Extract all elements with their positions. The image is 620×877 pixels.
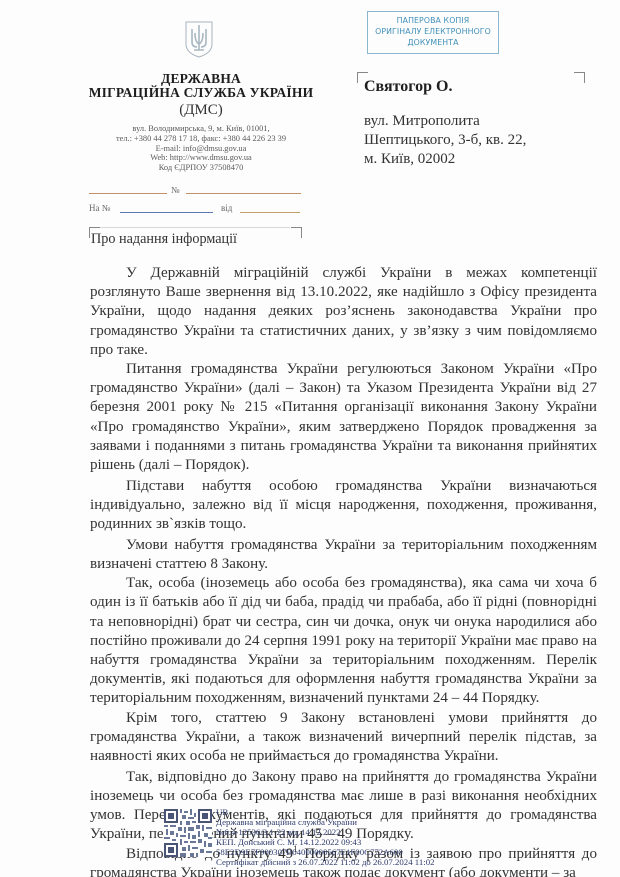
org-address: вул. Володимирська, 9, м. Київ, 01001, (70, 124, 332, 134)
paragraph-5: Так, особа (іноземець або особа без гром… (90, 574, 597, 708)
esign-organization: Державна міграційна служба України (216, 817, 435, 827)
subject-top-rule (100, 227, 290, 228)
qr-code-icon (164, 809, 212, 857)
esign-signer: КЕП. Донський С. М. 14.12.2022 09:43 (216, 837, 435, 847)
paper-copy-stamp: ПАПЕРОВА КОПІЯ ОРИГІНАЛУ ЕЛЕКТРОННОГО ДО… (367, 11, 499, 54)
org-edrpou-code: Код ЄДРПОУ 37508470 (70, 163, 332, 173)
paragraph-2: Питання громадянства України регулюються… (90, 360, 597, 475)
addressee-name: Святогор О. (364, 78, 453, 96)
paragraph-6: Крім того, статтею 9 Закону встановлені … (90, 709, 597, 767)
addressee-corner-right (574, 72, 585, 83)
reply-from-date-line (240, 212, 300, 213)
org-email: E-mail: info@dmsu.gov.ua (70, 144, 332, 154)
addressee-street: вул. Митрополита (364, 112, 526, 131)
esign-certificate-serial: 58E2D9E7F900307B04000000567E1F00C772A600 (216, 847, 435, 857)
coat-of-arms-icon (184, 20, 214, 58)
paragraph-3: Підстави набуття особою громадянства Укр… (90, 477, 597, 535)
org-name-line2: МІГРАЦІЙНА СЛУЖБА УКРАЇНИ (70, 86, 332, 100)
addressee-city: м. Київ, 02002 (364, 150, 526, 169)
org-phone: тел.: +380 44 278 17 18, факс: +380 44 2… (70, 134, 332, 144)
organization-contacts: вул. Володимирська, 9, м. Київ, 01001, т… (70, 124, 332, 173)
outgoing-number-line (186, 193, 301, 194)
reply-to-number-line (120, 212, 213, 213)
addressee-building: Шептицького, 3-б, кв. 22, (364, 131, 526, 150)
letter-subject: Про надання інформації (91, 231, 237, 248)
reply-to-label: На № (89, 203, 110, 213)
electronic-signature-info: UB Державна міграційна служба України №6… (216, 807, 435, 867)
organization-abbreviation: (ДМС) (70, 102, 332, 118)
esign-label: UB (216, 807, 435, 817)
paragraph-4: Умови набуття громадянства України за те… (90, 536, 597, 574)
stamp-line3: ДОКУМЕНТА (368, 37, 498, 48)
outgoing-date-line (89, 193, 167, 194)
reply-from-label: від (221, 203, 232, 213)
addressee-address: вул. Митрополита Шептицького, 3-б, кв. 2… (364, 112, 526, 169)
organization-name: ДЕРЖАВНА МІГРАЦІЙНА СЛУЖБА УКРАЇНИ (70, 72, 332, 100)
paragraph-1: У Державній міграційній службі України в… (90, 264, 597, 360)
subject-corner-right (291, 227, 302, 238)
stamp-line2: ОРИГІНАЛУ ЕЛЕКТРОННОГО (368, 26, 498, 37)
esign-certificate-validity: Сертифікат дійсний з 26.07.2022 11:02 до… (216, 857, 435, 867)
outgoing-number-label: № (171, 185, 180, 195)
stamp-line1: ПАПЕРОВА КОПІЯ (368, 15, 498, 26)
org-name-line1: ДЕРЖАВНА (70, 72, 332, 86)
org-web: Web: http://www.dmsu.gov.ua (70, 153, 332, 163)
esign-document-number: №6.4-12536/3.1-22 від 14.12.2022 (216, 827, 435, 837)
letter-body: У Державній міграційній службі України в… (90, 264, 597, 877)
